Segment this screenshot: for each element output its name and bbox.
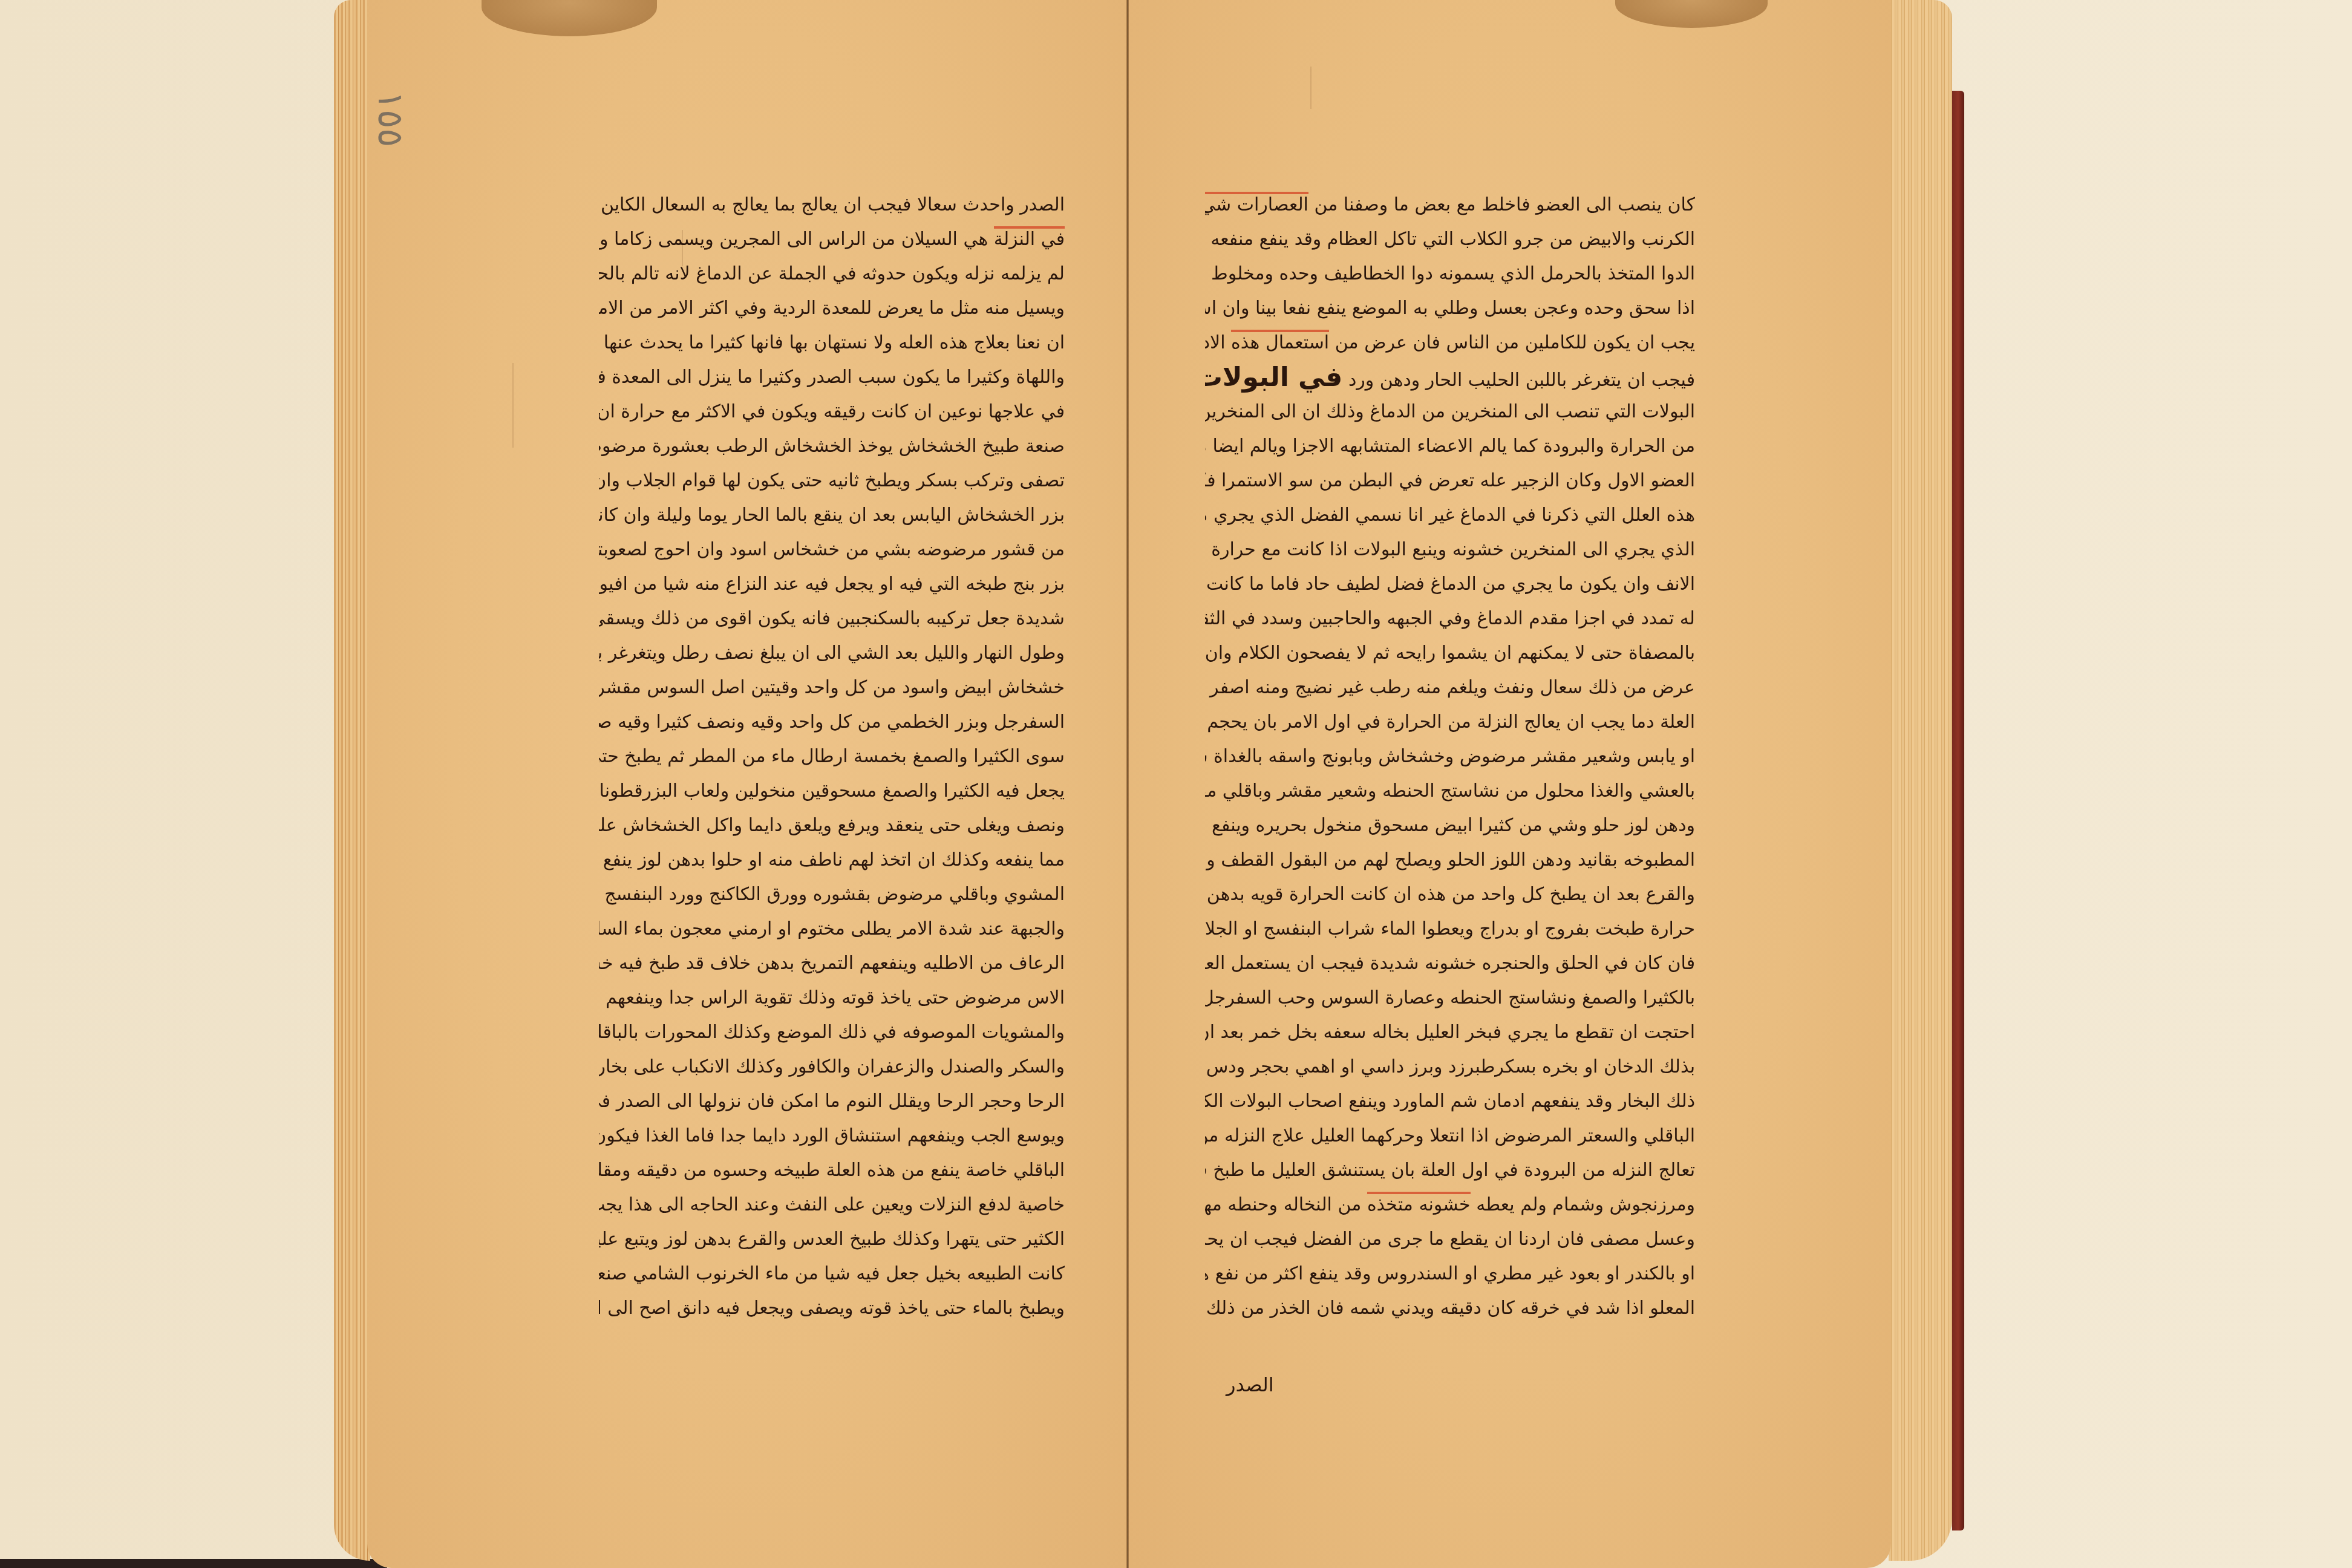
manuscript-line: كان ينصب الى العضو فاخلط مع بعض ما وصفنا… (1205, 188, 1695, 222)
manuscript-line: لم يزلمه نزله ويكون حدوثه في الجملة عن ا… (599, 256, 1065, 291)
manuscript-line: يجب ان يكون للكاملين من الناس فان عرض من… (1205, 325, 1695, 360)
manuscript-line: الدوا المتخذ بالحرمل الذي يسمونه دوا الخ… (1205, 256, 1695, 291)
manuscript-line: حرارة طبخت بفروج او بدراج ويعطوا الماء ش… (1205, 912, 1695, 946)
manuscript-line: له تمدد في اجزا مقدم الدماغ وفي الجبهه و… (1205, 601, 1695, 636)
manuscript-line: خاصية لدفع النزلات ويعين على النفث وعند … (599, 1187, 1065, 1222)
manuscript-line: تصفى وتركب بسكر ويطبخ ثانيه حتى يكون لها… (599, 463, 1065, 498)
manuscript-line: ويسيل منه مثل ما يعرض للمعدة الردية وفي … (599, 291, 1065, 325)
manuscript-line: صنعة طبيخ الخشخاش يوخذ الخشخاش الرطب بعش… (599, 429, 1065, 463)
manuscript-line: ونصف ويغلى حتى ينعقد ويرفع ويلعق دايما و… (599, 808, 1065, 843)
manuscript-line: اذا سحق وحده وعجن بعسل وطلي به الموضع ين… (1205, 291, 1695, 325)
manuscript-line: من قشور مرضوضه بشي من خشخاس اسود وان احو… (599, 532, 1065, 567)
manuscript-line: واللهاة وكثيرا ما يكون سبب الصدر وكثيرا … (599, 360, 1065, 394)
manuscript-line: عرض من ذلك سعال ونفث ويلغم منه رطب غير ن… (1205, 670, 1695, 705)
manuscript-line: وطول النهار والليل بعد الشي الى ان يبلغ … (599, 636, 1065, 670)
manuscript-line: وعسل مصفى فان اردنا ان يقطع ما جرى من ال… (1205, 1222, 1695, 1256)
manuscript-line: سوى الكثيرا والصمغ بخمسة ارطال ماء من ال… (599, 739, 1065, 774)
manuscript-line: في علاجها نوعين ان كانت رقيقه ويكون في ا… (599, 394, 1065, 429)
manuscript-line: ودهن لوز حلو وشي من كثيرا ابيض مسحوق منخ… (1205, 808, 1695, 843)
manuscript-line: العلة دما يجب ان يعالج النزلة من الحرارة… (1205, 705, 1695, 739)
catchword: الصدر (1226, 1373, 1274, 1396)
manuscript-line: الرحا وحجر الرحا ويقلل النوم ما امكن فان… (599, 1084, 1065, 1119)
red-cover-edge (1952, 91, 1964, 1530)
manuscript-line: البولات التي تنصب الى المنخرين من الدماغ… (1205, 394, 1695, 429)
manuscript-line: الكرنب والابيض من جرو الكلاب التي تاكل ا… (1205, 222, 1695, 256)
rubric-overline: العصارات شي من (1205, 192, 1308, 215)
manuscript-line: يجعل فيه الكثيرا والصمغ مسحوقين منخولين … (599, 774, 1065, 808)
manuscript-line: مما ينفعه وكذلك ان اتخذ لهم ناطف منه او … (599, 843, 1065, 877)
manuscript-line: ويطبخ بالماء حتى ياخذ قوته ويصفى ويجعل ف… (599, 1291, 1065, 1325)
manuscript-line: الانف وان يكون ما يجري من الدماغ فضل لطي… (1205, 567, 1695, 601)
rubric-overline: في النزلة (994, 226, 1065, 250)
open-manuscript: ١٥٥ الصدر واحدث سعالا فيجب ان يعالج بما … (334, 0, 1967, 1568)
right-page-text: كان ينصب الى العضو فاخلط مع بعض ما وصفنا… (1205, 188, 1695, 1325)
manuscript-line: بزر بنج طبخه التي فيه او يجعل فيه عند ال… (599, 567, 1065, 601)
manuscript-line: بزر الخشخاش اليابس بعد ان ينقع بالما الح… (599, 498, 1065, 532)
manuscript-line: المطبوخه بقانيد ودهن اللوز الحلو ويصلح ل… (1205, 843, 1695, 877)
manuscript-line: احتجت ان تقطع ما يجري فبخر العليل بخاله … (1205, 1015, 1695, 1050)
manuscript-line: في النزلة هي السيلان من الراس الى المجري… (599, 222, 1065, 256)
right-page-edges (1889, 0, 1952, 1561)
manuscript-line: كانت الطبيعه بخيل جعل فيه شيا من ماء الخ… (599, 1256, 1065, 1291)
manuscript-line: ويوسع الجب وينفعهم استنشاق الورد دايما ج… (599, 1119, 1065, 1153)
left-page-text: الصدر واحدث سعالا فيجب ان يعالج بما يعال… (599, 188, 1065, 1325)
manuscript-line: ان نعنا بعلاج هذه العله ولا نستهان بها ف… (599, 325, 1065, 360)
section-heading: في البولات (1205, 362, 1342, 393)
paper-fiber (512, 363, 514, 448)
manuscript-line: هذه العلل التي ذكرنا في الدماغ غير انا ن… (1205, 498, 1695, 532)
manuscript-line: الصدر واحدث سعالا فيجب ان يعالج بما يعال… (599, 188, 1065, 222)
manuscript-line: من الحرارة والبرودة كما يالم الاعضاء الم… (1205, 429, 1695, 463)
manuscript-line: والمشويات الموصوفه في ذلك الموضع وكذلك ا… (599, 1015, 1065, 1050)
manuscript-line: العضو الاول وكان الزجير عله تعرض في البط… (1205, 463, 1695, 498)
manuscript-line: والقرع بعد ان يطبخ كل واحد من هذه ان كان… (1205, 877, 1695, 912)
table-edge (0, 1559, 387, 1568)
manuscript-line: بذلك الدخان او بخره بسكرطبرزد وبرز داسي … (1205, 1050, 1695, 1084)
manuscript-line: تعالج النزله من البرودة في اول العلة بان… (1205, 1153, 1695, 1187)
manuscript-line: خشخاش ابيض واسود من كل واحد وقيتين اصل ا… (599, 670, 1065, 705)
manuscript-line: فيجب ان يتغرغر باللبن الحليب الحار ودهن … (1205, 360, 1695, 394)
manuscript-line: المعلو اذا شد في خرقه كان دقيقه ويدني شم… (1205, 1291, 1695, 1325)
manuscript-line: بالعشي والغذا محلول من نشاستج الحنطه وشع… (1205, 774, 1695, 808)
manuscript-line: بالمصفاة حتى لا يمكنهم ان يشموا رايحه ثم… (1205, 636, 1695, 670)
manuscript-line: الباقلي والسعتر المرضوض اذا انتعلا وحركه… (1205, 1119, 1695, 1153)
manuscript-line: الرعاف من الاطليه وينفعهم التمريخ بدهن خ… (599, 946, 1065, 981)
manuscript-line: او يابس وشعير مقشر مرضوض وخشخاش وبابونج … (1205, 739, 1695, 774)
manuscript-line: والسكر والصندل والزعفران والكافور وكذلك … (599, 1050, 1065, 1084)
rubric-overline: خشونه متخذه (1367, 1192, 1471, 1215)
manuscript-line: او بالكندر او بعود غير مطري او السندروس … (1205, 1256, 1695, 1291)
folio-number: ١٥٥ (370, 91, 411, 147)
manuscript-line: فان كان في الحلق والحنجره خشونه شديدة في… (1205, 946, 1695, 981)
manuscript-line: الذي يجري الى المنخرين خشونه وينبع البول… (1205, 532, 1695, 567)
manuscript-line: ذلك البخار وقد ينفعهم ادمان شم الماورد و… (1205, 1084, 1695, 1119)
manuscript-line: المشوي وباقلي مرضوض بقشوره وورق الكاكنج … (599, 877, 1065, 912)
manuscript-line: الاس مرضوض حتى ياخذ قوته وذلك تقوية الرا… (599, 981, 1065, 1015)
manuscript-line: شديدة جعل تركيبه بالسكنجبين فانه يكون اق… (599, 601, 1065, 636)
paper-fiber (1310, 67, 1312, 109)
manuscript-line: السفرجل وبزر الخطمي من كل واحد وقيه ونصف… (599, 705, 1065, 739)
manuscript-line: الباقلي خاصة ينفع من هذه العلة طبيخه وحس… (599, 1153, 1065, 1187)
manuscript-line: الكثير حتى يتهرا وكذلك طبيخ العدس والقرع… (599, 1222, 1065, 1256)
left-page-edges (334, 0, 370, 1561)
manuscript-line: والجبهة عند شدة الامر يطلى مختوم او ارمن… (599, 912, 1065, 946)
rubric-overline: استعمال هذه (1231, 330, 1329, 353)
manuscript-line: ومرزنجوش وشمام ولم يعطه خشونه متخذه من ا… (1205, 1187, 1695, 1222)
manuscript-line: بالكثيرا والصمغ ونشاستج الحنطه وعصارة ال… (1205, 981, 1695, 1015)
